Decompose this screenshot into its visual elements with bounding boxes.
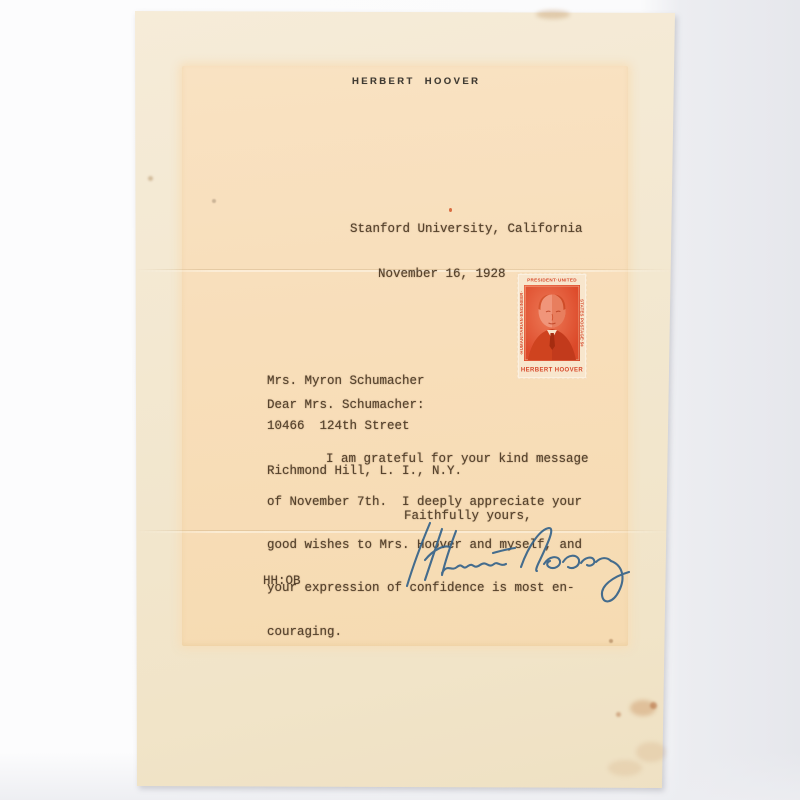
foxing-spot (650, 702, 657, 709)
foxing-stain-faint (636, 742, 666, 762)
letter-photograph: HERBERT HOOVER Stanford University, Cali… (0, 0, 800, 800)
paper-speck (609, 639, 613, 643)
typist-initials: HH:OB (263, 574, 301, 589)
letterhead-name: HERBERT HOOVER (352, 76, 480, 87)
foxing-spot (616, 712, 621, 717)
foxing-stain-faint (608, 760, 642, 776)
body-line: couraging. (267, 625, 589, 639)
stamp-text-top: PRESIDENT·UNITED (527, 278, 577, 283)
signature-ink (397, 516, 647, 611)
salutation: Dear Mrs. Schumacher: (267, 398, 425, 413)
stain-top-edge (536, 10, 570, 19)
stamp-text-left: ·HUMANITARIAN·ENGINEER· (519, 291, 524, 355)
stamp-graphic: PRESIDENT·UNITED ·HUMANITARIAN·ENGINEER·… (516, 272, 588, 380)
recipient-name: Mrs. Myron Schumacher (267, 374, 462, 389)
body-line: of November 7th. I deeply appreciate you… (267, 495, 589, 509)
stamp-text-right: STATES POSTAGE·5¢ (579, 299, 584, 347)
paper-speck (148, 176, 153, 181)
paper-speck (212, 199, 216, 203)
red-ink-speck (449, 208, 452, 212)
body-line: I am grateful for your kind message (267, 452, 589, 466)
hoover-signature: Herbert Hoover (397, 516, 647, 611)
hoover-postage-stamp: PRESIDENT·UNITED ·HUMANITARIAN·ENGINEER·… (516, 272, 588, 380)
dateline-place: Stanford University, California (350, 222, 583, 237)
stamp-text-bottom: HERBERT HOOVER (521, 368, 584, 374)
